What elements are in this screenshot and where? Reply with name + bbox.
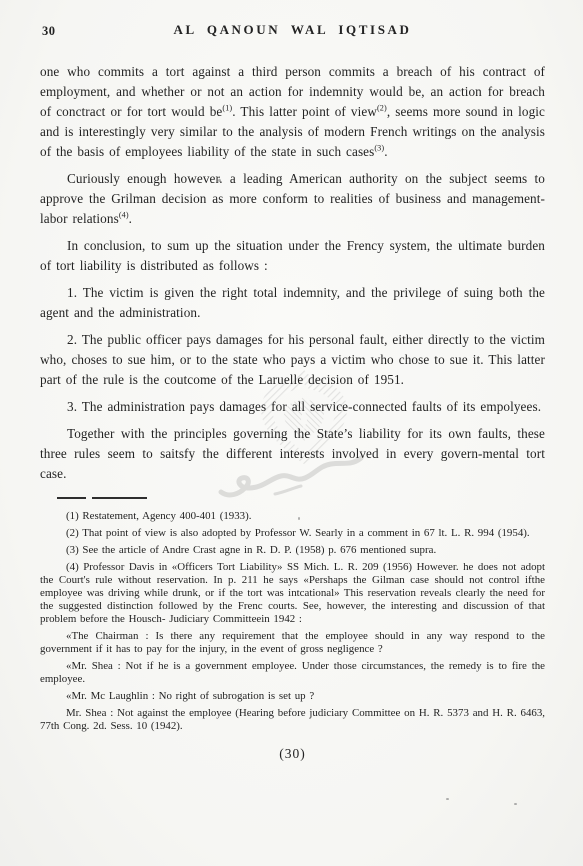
journal-title: AL QANOUN WAL IQTISAD — [40, 22, 545, 38]
footnote-2: (2) That point of view is also adopted b… — [40, 527, 545, 540]
body-paragraph-conclusion: In conclusion, to sum up the situation u… — [40, 236, 545, 276]
header-page-number: 30 — [42, 24, 56, 39]
scan-speck — [514, 803, 517, 805]
footnote-3: (3) See the article of Andre Crast agne … — [40, 544, 545, 557]
list-item-rule-1: 1. The victim is given the right total i… — [40, 283, 545, 323]
list-item-rule-3: 3. The administration pays damages for a… — [40, 397, 545, 417]
separator-dash-short — [57, 497, 86, 499]
hearing-quote-shea-2: Mr. Shea : Not against the employee (Hea… — [40, 707, 545, 733]
document-page: 30 AL QANOUN WAL IQTISAD one who commits… — [0, 0, 583, 866]
footnote-separator — [57, 497, 545, 499]
footnotes-section: (1) Restatement, Agency 400-401 (1933). … — [40, 510, 545, 733]
hearing-quote-shea-1: «Mr. Shea : Not if he is a government em… — [40, 660, 545, 686]
scan-speck — [218, 179, 221, 182]
body-paragraph-continuation: one who commits a tort against a third p… — [40, 62, 545, 162]
scan-speck — [446, 798, 449, 800]
body-paragraph-curiously: Curiously enough however. a leading Amer… — [40, 169, 545, 229]
list-item-rule-2: 2. The public officer pays damages for h… — [40, 330, 545, 390]
footnote-4: (4) Professor Davis in «Officers Tort Li… — [40, 561, 545, 626]
body-paragraph-together: Together with the principles governing t… — [40, 424, 545, 484]
hearing-quote-mclaughlin: «Mr. Mc Laughlin : No right of subrogati… — [40, 690, 545, 703]
hearing-quote-chairman: «The Chairman : Is there any requirement… — [40, 630, 545, 656]
body-text: one who commits a tort against a third p… — [40, 62, 545, 484]
separator-dash-long — [92, 497, 147, 499]
footer-page-number: (30) — [40, 746, 545, 762]
scan-speck — [298, 517, 300, 520]
running-head: 30 AL QANOUN WAL IQTISAD — [40, 22, 545, 40]
footnote-1: (1) Restatement, Agency 400-401 (1933). — [40, 510, 545, 523]
